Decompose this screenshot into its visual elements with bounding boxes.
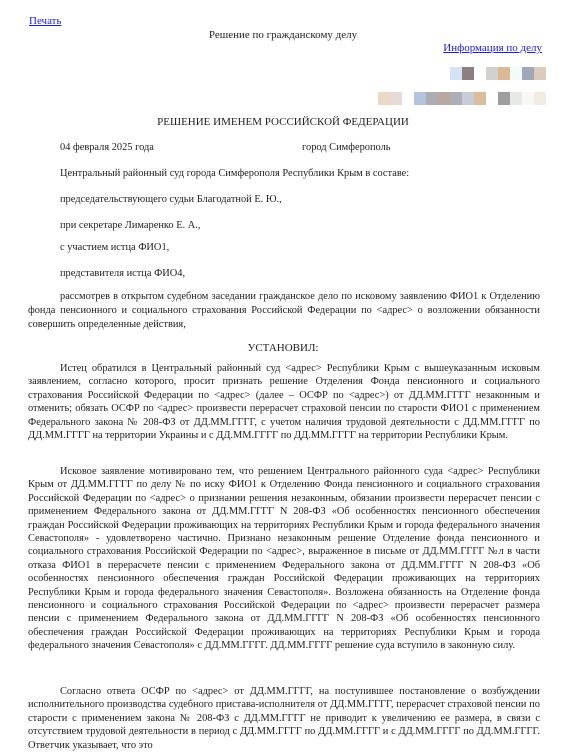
redacted-pixel <box>378 92 390 105</box>
body-paragraph: Согласно ответа ОСФР по <адрес> от ДД.ММ… <box>28 685 540 752</box>
established-heading: УСТАНОВИЛ: <box>0 342 566 354</box>
redacted-pixel <box>462 67 474 80</box>
redacted-pixel <box>522 67 534 80</box>
redacted-pixel <box>450 92 462 105</box>
redacted-pixel <box>390 92 402 105</box>
decision-city: город Симферополь <box>302 142 391 153</box>
decision-date: 04 февраля 2025 года <box>60 142 154 153</box>
body-paragraph: Истец обратился в Центральный районный с… <box>28 362 540 442</box>
court-secretary: при секретаре Лимаренко Е. А., <box>60 220 200 231</box>
print-link[interactable]: Печать <box>29 15 62 27</box>
redacted-pixel <box>498 67 510 80</box>
presiding-judge: председательствующего судьи Благодатной … <box>60 194 282 205</box>
redacted-pixel <box>462 92 474 105</box>
redacted-pixel <box>510 92 522 105</box>
considering-paragraph: рассмотрев в открытом судебном заседании… <box>28 290 540 332</box>
redacted-pixel <box>426 92 438 105</box>
redacted-pixel <box>474 92 486 105</box>
document-title: РЕШЕНИЕ ИМЕНЕМ РОССИЙСКОЙ ФЕДЕРАЦИИ <box>0 116 566 128</box>
redacted-pixel <box>450 67 462 80</box>
plaintiff-representative: представителя истца ФИО4, <box>60 268 185 279</box>
redacted-pixel <box>486 67 498 80</box>
redacted-block <box>378 92 546 105</box>
body-paragraph: Исковое заявление мотивировано тем, что … <box>28 465 540 653</box>
court-composition: Центральный районный суд города Симфероп… <box>60 168 409 179</box>
redacted-pixel <box>510 67 522 80</box>
case-info-link[interactable]: Информация по делу <box>443 42 542 54</box>
plaintiff-participation: с участием истца ФИО1, <box>60 242 169 253</box>
redacted-pixel <box>534 92 546 105</box>
redacted-pixel <box>498 92 510 105</box>
redacted-pixel <box>474 67 486 80</box>
redacted-pixel <box>414 92 426 105</box>
redacted-pixel <box>522 92 534 105</box>
redacted-pixel <box>402 92 414 105</box>
redacted-pixel <box>438 92 450 105</box>
redacted-pixel <box>534 67 546 80</box>
redacted-pixel <box>486 92 498 105</box>
redacted-block <box>450 67 546 80</box>
page-header-title: Решение по гражданскому делу <box>0 29 566 41</box>
